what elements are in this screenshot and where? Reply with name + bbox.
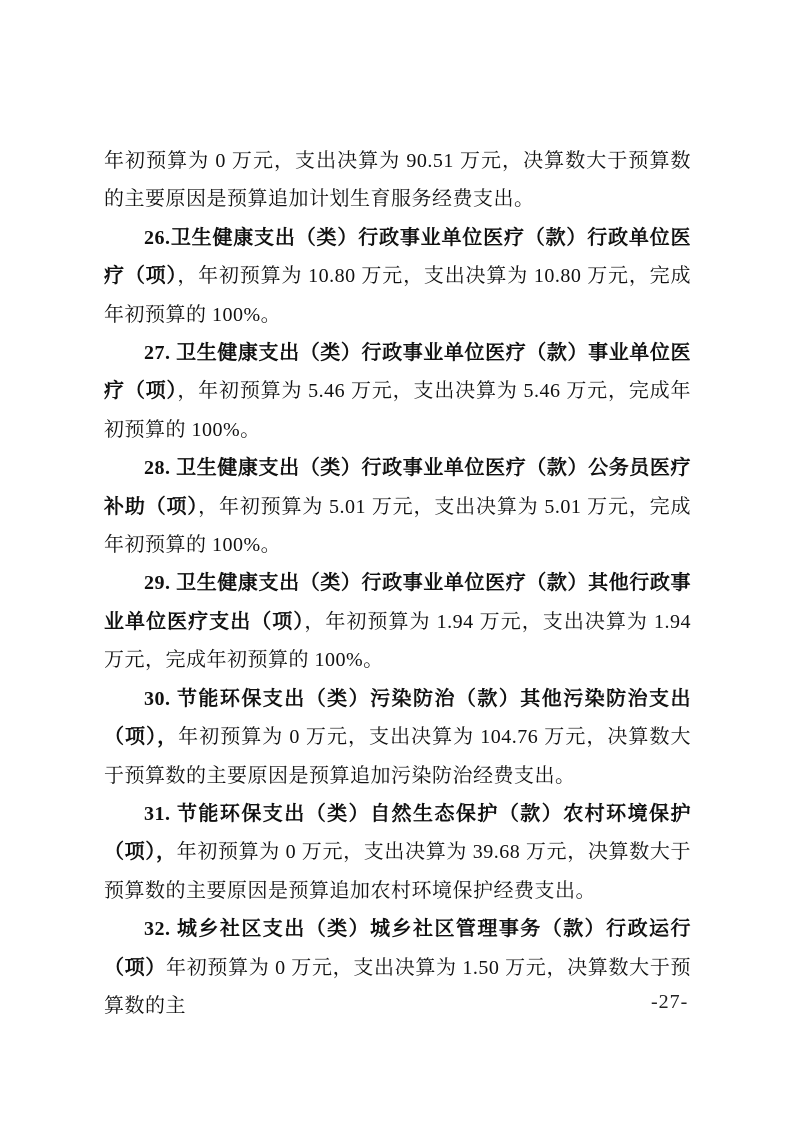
- item-27-text: ，年初预算为 5.46 万元，支出决算为 5.46 万元，完成年初预算的 100…: [104, 380, 691, 440]
- item-28: 28. 卫生健康支出（类）行政事业单位医疗（款）公务员医疗补助（项），年初预算为…: [104, 449, 691, 564]
- paragraph-text: 年初预算为 0 万元，支出决算为 90.51 万元，决算数大于预算数的主要原因是…: [104, 150, 691, 210]
- paragraph-continuation: 年初预算为 0 万元，支出决算为 90.51 万元，决算数大于预算数的主要原因是…: [104, 142, 691, 219]
- page-number: -27-: [651, 991, 688, 1014]
- item-26-text: ，年初预算为 10.80 万元，支出决算为 10.80 万元，完成年初预算的 1…: [104, 265, 691, 325]
- item-32: 32. 城乡社区支出（类）城乡社区管理事务（款）行政运行（项）年初预算为 0 万…: [104, 910, 691, 1025]
- item-26: 26.卫生健康支出（类）行政事业单位医疗（款）行政单位医疗（项），年初预算为 1…: [104, 219, 691, 334]
- item-30: 30. 节能环保支出（类）污染防治（款）其他污染防治支出（项），年初预算为 0 …: [104, 680, 691, 795]
- item-29: 29. 卫生健康支出（类）行政事业单位医疗（款）其他行政事业单位医疗支出（项），…: [104, 564, 691, 679]
- document-page: 年初预算为 0 万元，支出决算为 90.51 万元，决算数大于预算数的主要原因是…: [0, 0, 793, 1122]
- document-body: 年初预算为 0 万元，支出决算为 90.51 万元，决算数大于预算数的主要原因是…: [104, 142, 691, 1025]
- item-32-text: 年初预算为 0 万元，支出决算为 1.50 万元，决算数大于预算数的主: [104, 957, 691, 1017]
- item-31-text: 年初预算为 0 万元，支出决算为 39.68 万元，决算数大于预算数的主要原因是…: [104, 841, 691, 901]
- item-31: 31. 节能环保支出（类）自然生态保护（款）农村环境保护（项），年初预算为 0 …: [104, 795, 691, 910]
- item-30-text: 年初预算为 0 万元，支出决算为 104.76 万元，决算数大于预算数的主要原因…: [104, 726, 691, 786]
- item-27: 27. 卫生健康支出（类）行政事业单位医疗（款）事业单位医疗（项），年初预算为 …: [104, 334, 691, 449]
